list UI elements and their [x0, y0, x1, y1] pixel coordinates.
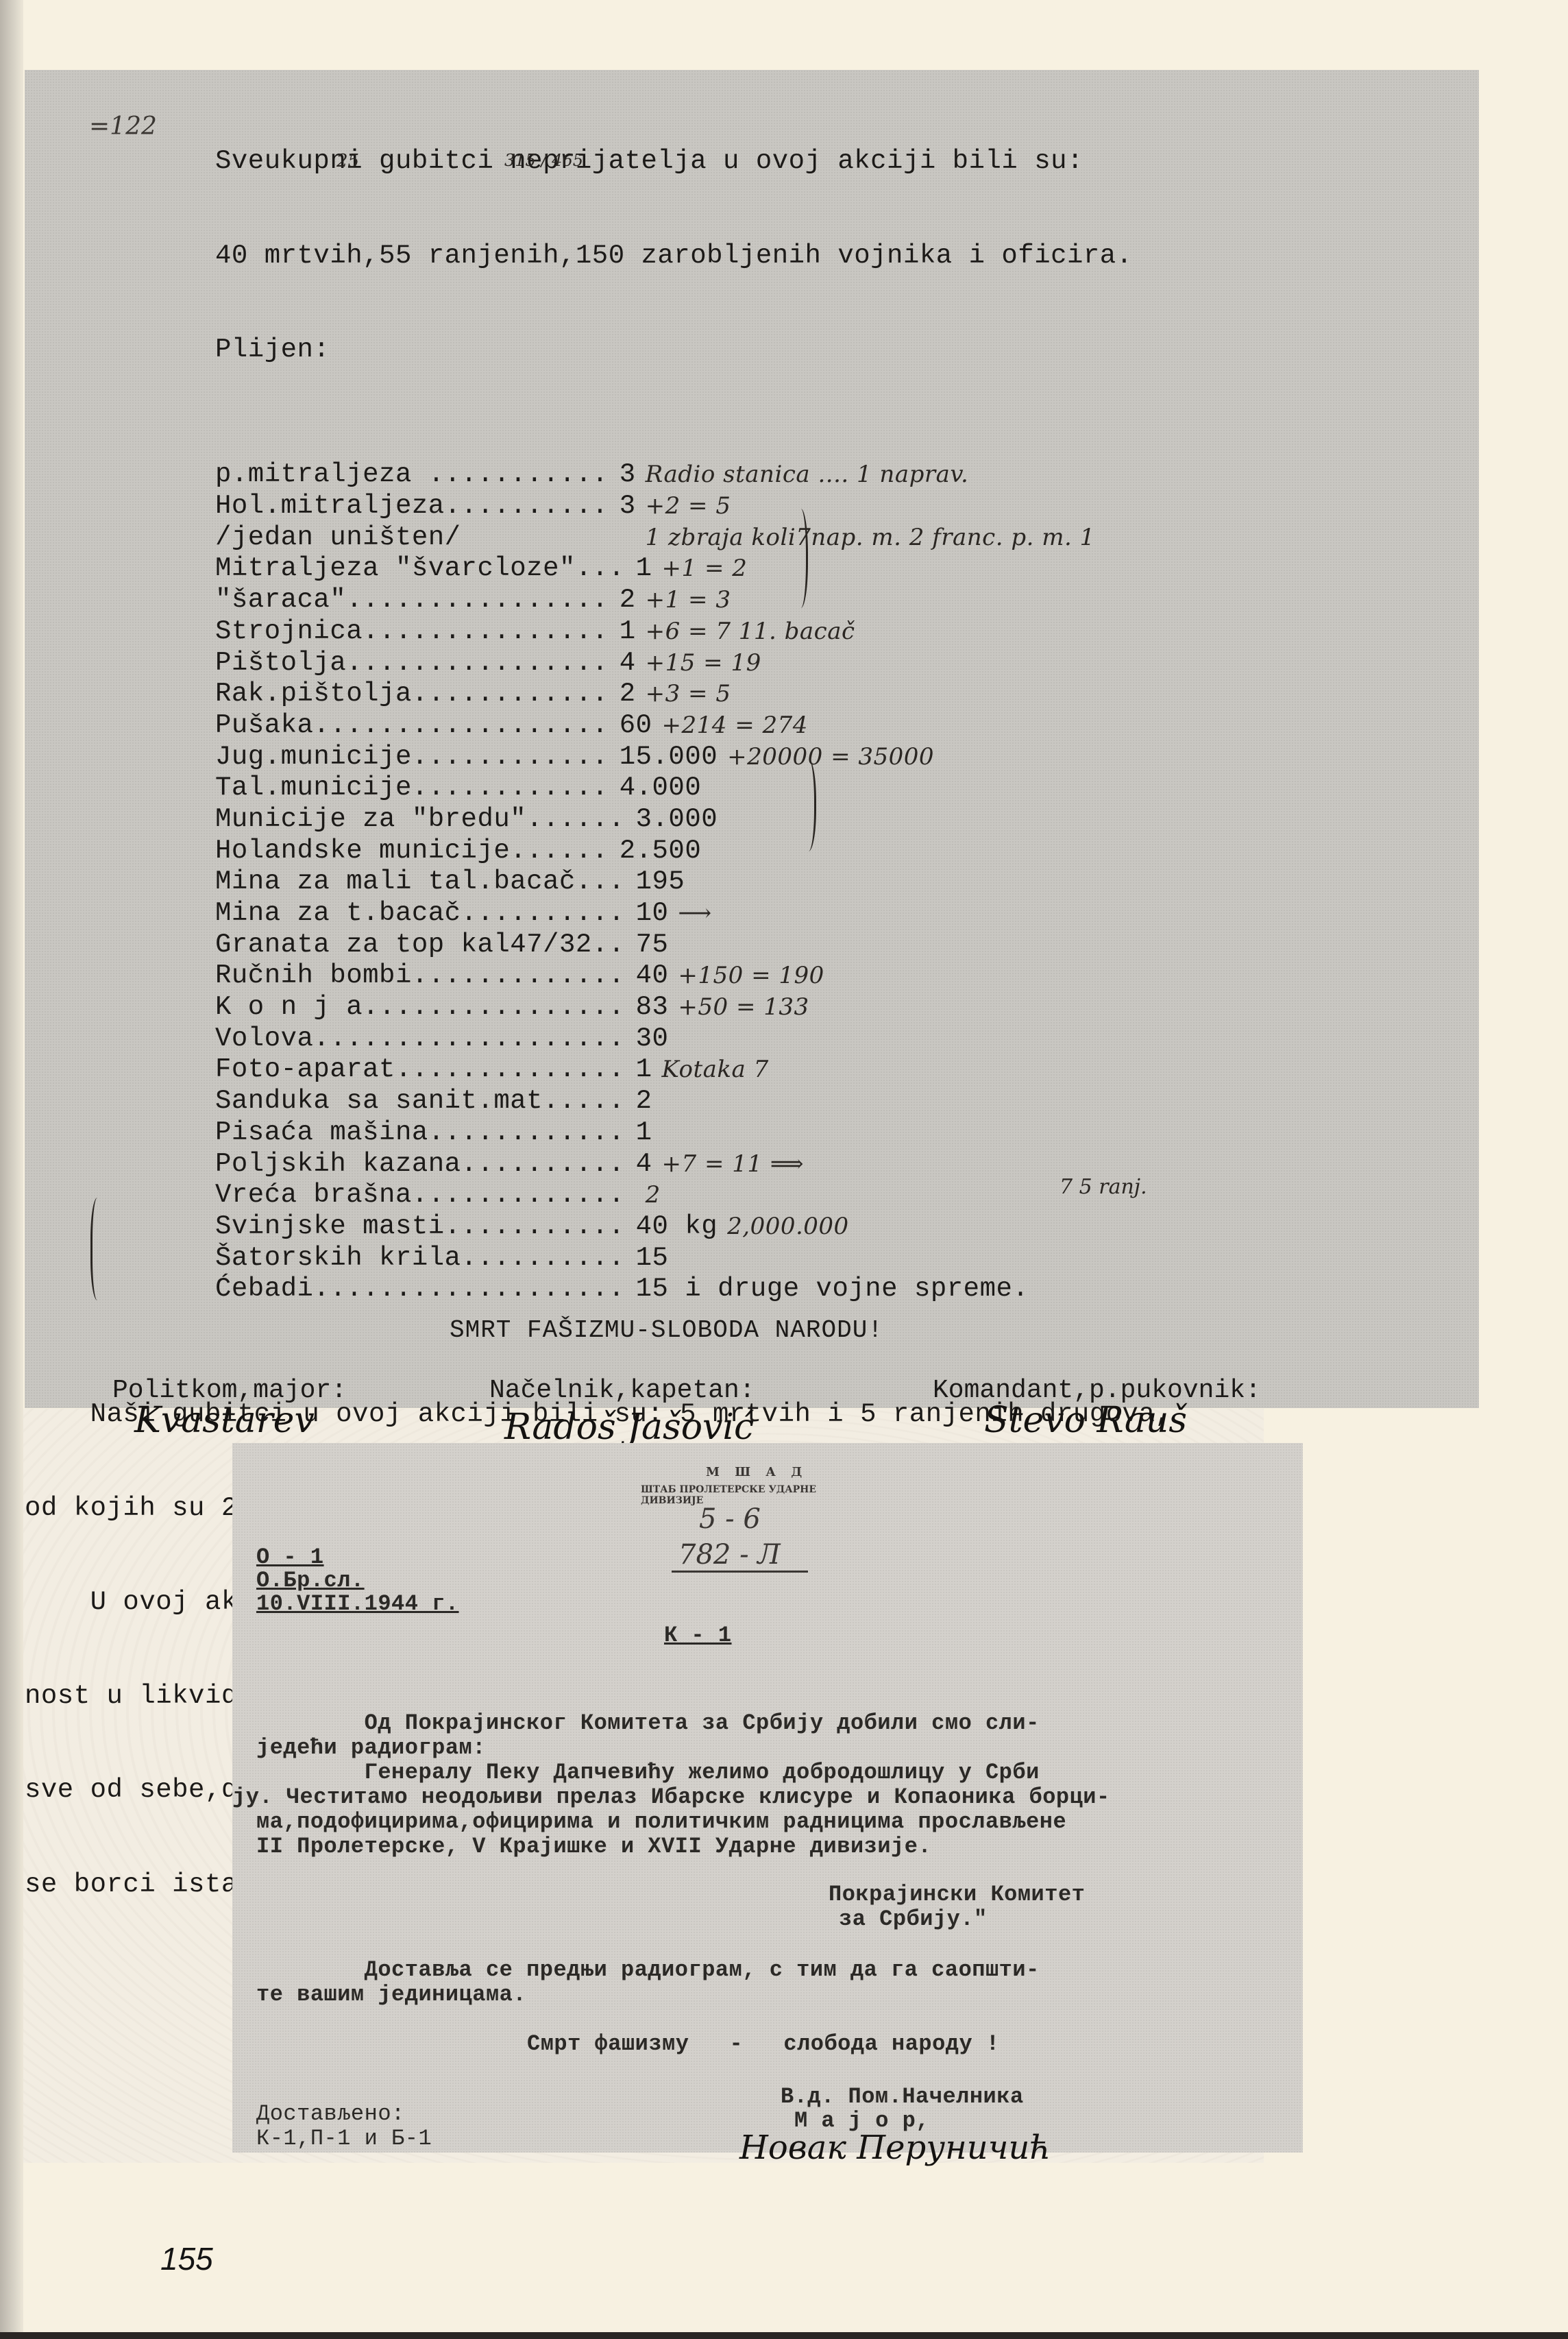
ammunition-bracket [792, 509, 808, 608]
item-value: 60 [620, 710, 652, 742]
item-label: Foto-aparat.............. [215, 1054, 625, 1086]
delivered-to: К-1,П-1 и Б-1 [256, 2126, 432, 2151]
booty-item: Mina za t.bacač..........10⟶ [215, 898, 1171, 930]
handwritten-annotation: +7 = 11 ⟹ [662, 1149, 805, 1180]
booty-item: Municije za "bredu"......3.000 [215, 804, 1171, 836]
item-label: Mina za mali tal.bacač... [215, 866, 625, 898]
handwritten-annotation: +214 = 274 [662, 710, 808, 742]
handwritten-note: 315 / 465 [504, 151, 583, 170]
handwritten-annotation: 2,000.000 [727, 1211, 849, 1243]
item-label: Ćebadi................... [215, 1274, 625, 1305]
item-value: 1 [636, 1054, 652, 1086]
paragraph-line: једећи радиограм: [256, 1735, 486, 1760]
paragraph-line: Од Покрајинског Комитета за Србију добил… [256, 1710, 1040, 1736]
booty-item: Vreća brašna.............2 [215, 1180, 1171, 1211]
handwritten-annotation: ⟶ [678, 898, 711, 930]
item-label: Sanduka sa sanit.mat..... [215, 1086, 625, 1117]
booty-item: Hol.mitraljeza..........3+2 = 5 [215, 491, 1171, 522]
handwritten-note: 25 [336, 151, 359, 171]
booty-item: Mina za mali tal.bacač...195 [215, 866, 1171, 898]
item-value: 4 [636, 1149, 652, 1180]
booty-item: Sanduka sa sanit.mat.....2 [215, 1086, 1171, 1117]
item-value: 2.500 [620, 836, 702, 867]
item-value: 2 [620, 679, 636, 710]
doc-ref: O - 1 [256, 1544, 324, 1570]
booty-item: Ćebadi...................15 i druge vojn… [215, 1274, 1171, 1305]
booty-item: Svinjske masti...........40 kg2,000.000 [215, 1211, 1171, 1243]
handwritten-annotation: +50 = 133 [678, 992, 809, 1023]
intro-line: 40 mrtvih,55 ranjenih,150 zarobljenih vo… [215, 241, 1171, 272]
book-spine-shadow [0, 0, 23, 2339]
item-value: 15.000 [620, 742, 718, 773]
registry-stamp: М Ш А Д ШТАБ ПРОЛЕТЕРСКЕ УДАРНЕ ДИВИЗИЈЕ… [641, 1464, 874, 1573]
booty-item: Mitraljeza "švarcloze"...1+1 = 2 [215, 553, 1171, 585]
item-label: Vreća brašna............. [215, 1180, 625, 1211]
doc-ref: O.Бр.сл. [256, 1568, 365, 1593]
booty-item: Poljskih kazana..........4+7 = 11 ⟹ [215, 1149, 1171, 1180]
handwritten-annotation: +20000 = 35000 [727, 742, 934, 773]
booty-item: K o n j a................83+50 = 133 [215, 992, 1171, 1023]
item-value: 40 kg [636, 1211, 718, 1243]
item-label: Strojnica............... [215, 616, 609, 648]
handwritten-annotation: +6 = 7 11. bacač [646, 616, 855, 648]
booty-item: Pištolja................4+15 = 19 [215, 648, 1171, 679]
handwritten-annotation: +1 = 3 [646, 585, 731, 616]
radiogram-signer: за Србију." [839, 1906, 988, 1932]
booty-item: /jedan uništen/ 1 zbraja koli7nap. m. 2 … [215, 522, 1171, 554]
item-label: Mitraljeza "švarcloze"... [215, 553, 625, 585]
signature-komandant: Stevo Rauš [984, 1400, 1187, 1441]
booty-item: p.mitraljeza ...........3Radio stanica .… [215, 459, 1171, 491]
handwritten-annotation: +150 = 190 [678, 960, 824, 992]
radiogram-line: Генералу Пеку Дапчевићу желимо добродошл… [256, 1760, 1040, 1785]
item-value: 10 [636, 898, 669, 930]
doc-title: К - 1 [664, 1623, 732, 1648]
booty-item: "šaraca"................2+1 = 3 [215, 585, 1171, 616]
margin-note: =122 [89, 112, 157, 141]
page-bottom-edge [0, 2332, 1568, 2339]
item-value: 83 [636, 992, 669, 1023]
item-label: Hol.mitraljeza.......... [215, 491, 609, 522]
booty-item: Holandske municije......2.500 [215, 836, 1171, 867]
booty-item: Rak.pištolja............2+3 = 5 [215, 679, 1171, 710]
item-label: Tal.municije............ [215, 773, 609, 804]
margin-bracket [90, 1198, 108, 1300]
item-value: 195 [636, 866, 685, 898]
booty-item: Pisaća mašina............1 [215, 1117, 1171, 1149]
signer-title: В.д. Пом.Начелника [781, 2084, 1024, 2109]
equipment-bracket [799, 759, 816, 851]
item-label: Šatorskih krila.......... [215, 1243, 625, 1274]
item-label: Jug.municije............ [215, 742, 609, 773]
page-number: 155 [160, 2240, 213, 2277]
document-1-report: =122 Sveukupni gubitci neprijatelja u ov… [25, 70, 1479, 1408]
item-label: Volova................... [215, 1023, 625, 1055]
handwritten-annotation: 1 zbraja koli7nap. m. 2 franc. p. m. 1 [646, 522, 1095, 554]
item-label: Pušaka.................. [215, 710, 609, 742]
item-value: 4.000 [620, 773, 702, 804]
radiogram-line: ма,подофицирима,официрима и политичким р… [256, 1809, 1066, 1834]
item-label: Ručnih bombi............. [215, 960, 625, 992]
item-value: 30 [636, 1023, 669, 1055]
booty-item: Strojnica...............1+6 = 7 11. baca… [215, 616, 1171, 648]
radiogram-line: II Пролетерске, V Крајишке и XVII Ударне… [256, 1834, 931, 1859]
plijen-heading: Plijen: [215, 335, 1171, 366]
handwritten-annotation: Radio stanica .... 1 naprav. [646, 459, 969, 491]
signature-nacelnik: Radoš Jašović [504, 1407, 754, 1448]
item-label: Holandske municije...... [215, 836, 609, 867]
signature-politkom: Kvastarev [134, 1400, 315, 1441]
item-label: Mina za t.bacač.......... [215, 898, 625, 930]
item-label: K o n j a................ [215, 992, 625, 1023]
radiogram-signer: Покрајински Комитет [829, 1882, 1085, 1907]
handwritten-annotation: Kotaka 7 [662, 1054, 769, 1086]
item-label: Pištolja................ [215, 648, 609, 679]
booty-item: Foto-aparat..............1Kotaka 7 [215, 1054, 1171, 1086]
item-value: 3 [620, 491, 636, 522]
item-label: /jedan uništen/ [215, 522, 625, 554]
item-value: 4 [620, 648, 636, 679]
item-value: 1 [620, 616, 636, 648]
item-label: Poljskih kazana.......... [215, 1149, 625, 1180]
paragraph-line: Доставља се предњи радиограм, с тим да г… [256, 1957, 1040, 1983]
booty-item: Tal.municije............4.000 [215, 773, 1171, 804]
item-value: 3.000 [636, 804, 718, 836]
booty-item: Šatorskih krila..........15 [215, 1243, 1171, 1274]
item-value: 1 [636, 1117, 652, 1149]
booty-item: Jug.municije............15.000+20000 = 3… [215, 742, 1171, 773]
item-label: "šaraca"................ [215, 585, 609, 616]
item-label: p.mitraljeza ........... [215, 459, 609, 491]
handwritten-annotation: +1 = 2 [662, 553, 748, 585]
doc-date: 10.VIII.1944 г. [256, 1591, 459, 1616]
item-value: 40 [636, 960, 669, 992]
handwritten-annotation: 2 [646, 1180, 661, 1211]
item-label: Rak.pištolja............ [215, 679, 609, 710]
item-label: Municije za "bredu"...... [215, 804, 625, 836]
slogan: SMRT FAŠIZMU-SLOBODA NARODU! [450, 1316, 883, 1344]
booty-item: Pušaka..................60+214 = 274 [215, 710, 1171, 742]
paragraph-line: те вашим јединицама. [256, 1982, 526, 2007]
item-value: 2 [636, 1086, 652, 1117]
stamp-number: 782 - Л [672, 1539, 808, 1573]
item-value: 2 [620, 585, 636, 616]
booty-list: p.mitraljeza ...........3Radio stanica .… [215, 459, 1171, 1305]
item-label: Granata za top kal47/32.. [215, 930, 625, 961]
radiogram-line: ју. Честитамо неодољиви прелаз Ибарске к… [232, 1784, 1110, 1810]
document-2-radiogram: М Ш А Д ШТАБ ПРОЛЕТЕРСКЕ УДАРНЕ ДИВИЗИЈЕ… [232, 1443, 1303, 2153]
booty-item: Granata za top kal47/32..75 [215, 930, 1171, 961]
losses-annotation: 7 5 ranj. [1059, 1175, 1147, 1199]
signature: Новак Перуничић [739, 2129, 1051, 2167]
item-value: 15 [636, 1243, 669, 1274]
handwritten-annotation: +15 = 19 [646, 648, 761, 679]
signatory-nacelnik: Načelnik,kapetan: [489, 1376, 755, 1405]
item-value: 3 [620, 459, 636, 491]
signatory-title: Načelnik,kapetan: [489, 1376, 755, 1405]
booty-item: Ručnih bombi.............40+150 = 190 [215, 960, 1171, 992]
stamp-number: 5 - 6 [699, 1503, 761, 1535]
handwritten-annotation: +3 = 5 [646, 679, 731, 710]
slogan: Смрт фашизму - слобода народу ! [527, 2031, 1000, 2057]
item-label: Pisaća mašina............ [215, 1117, 625, 1149]
item-label: Svinjske masti........... [215, 1211, 625, 1243]
item-value: 15 i druge vojne spreme. [636, 1274, 1029, 1305]
item-value: 1 [636, 553, 652, 585]
handwritten-annotation: +2 = 5 [646, 491, 731, 522]
stamp-text: М Ш А Д [706, 1465, 807, 1479]
delivered-label: Достављено: [256, 2101, 405, 2126]
booty-item: Volova...................30 [215, 1023, 1171, 1055]
item-value: 75 [636, 930, 669, 961]
